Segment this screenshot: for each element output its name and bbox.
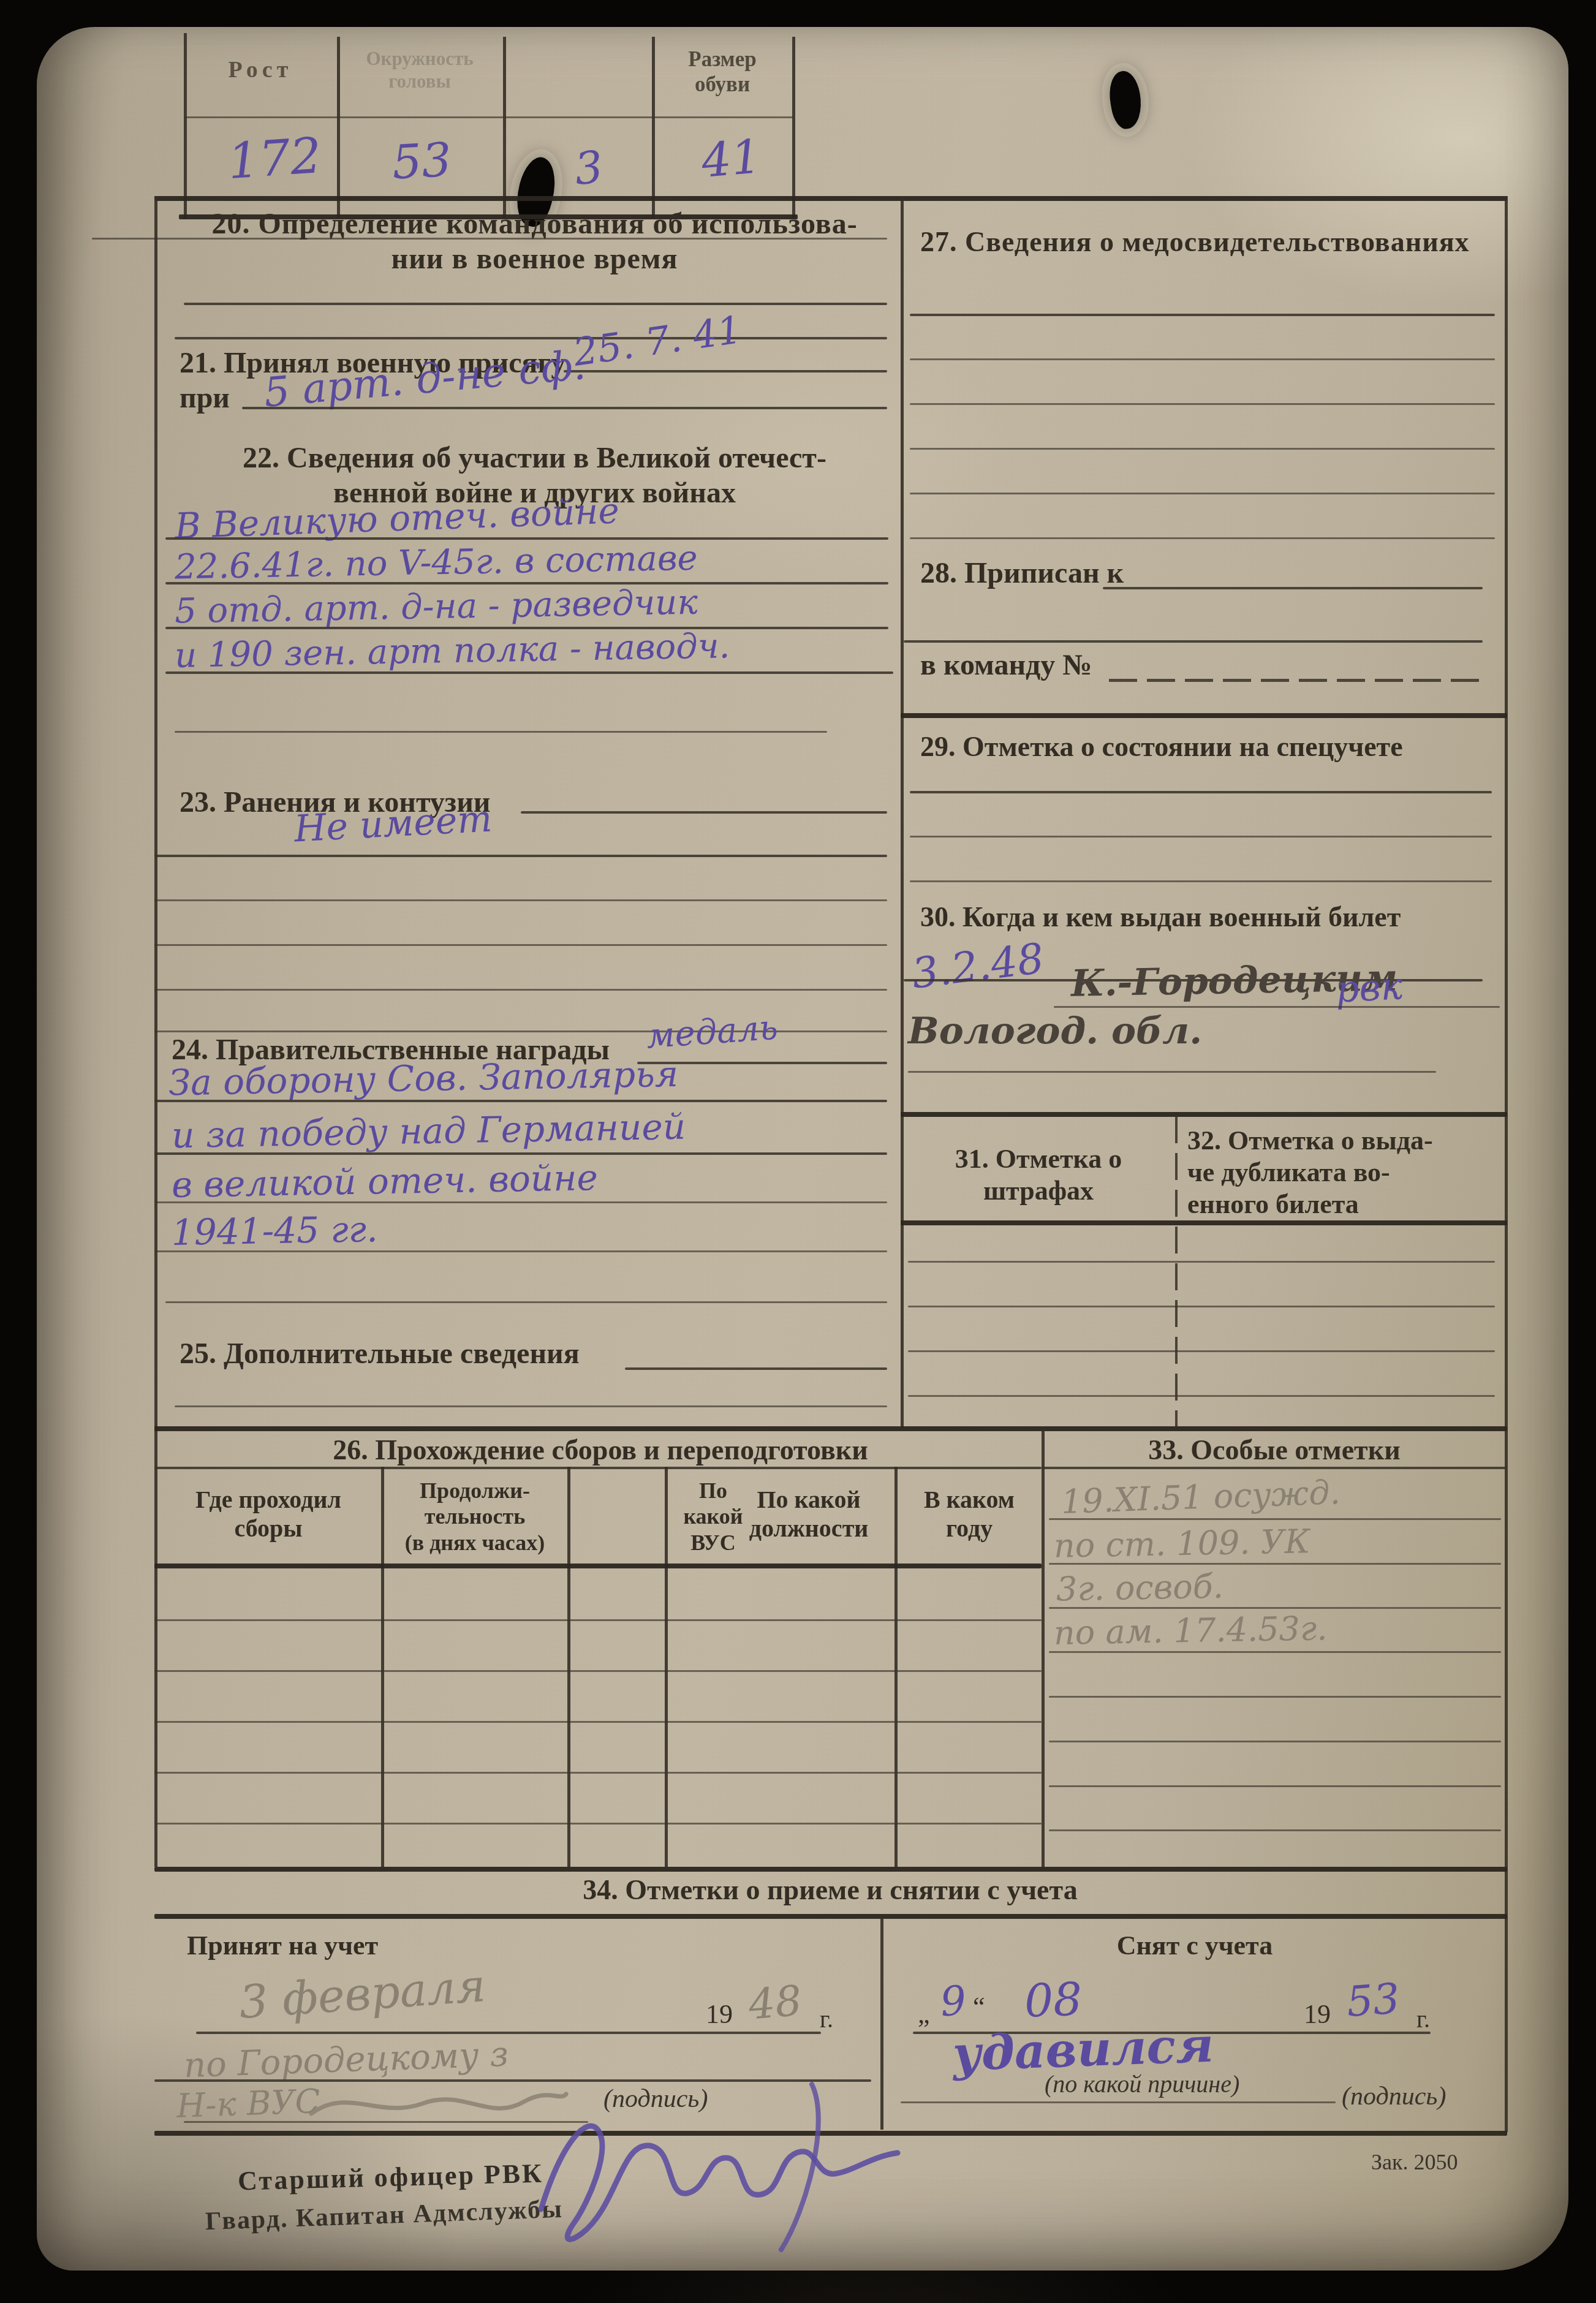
divider-26-33 (1042, 1426, 1045, 1867)
officer-signature (524, 2062, 916, 2264)
print-order-number: Зак. 2050 (1371, 2149, 1458, 2175)
section-24-hw-line2: и за победу над Германией (171, 1106, 686, 1157)
section-20-title: 20. Определение командования об использо… (178, 207, 891, 276)
section-25-label: 25. Дополнительные сведения (180, 1337, 580, 1372)
col26-v2 (567, 1467, 570, 1867)
anthro-value-rost: 172 (226, 127, 323, 191)
section-30-hw-rvk: рвк (1334, 965, 1404, 1012)
accepted-hw-year: 48 (747, 1976, 804, 2030)
removed-hw-year: 53 (1345, 1975, 1401, 2027)
frame-center-divider (901, 196, 904, 1428)
col26-header-5: В каком году (897, 1485, 1042, 1543)
removed-year-g: г. (1416, 2005, 1430, 2033)
section-26-title: 26. Прохождение сборов и переподготовки (245, 1434, 956, 1467)
col26-header-4: По какой должности (705, 1485, 913, 1543)
section-24-hw-line4: 1941-45 гг. (171, 1208, 378, 1254)
separator-34-top (154, 1867, 1507, 1872)
frame-top (154, 196, 1507, 201)
section-33-hw-line2: по ст. 109. УК (1053, 1522, 1310, 1565)
section-33-hw-line4: по ам. 17.4.53г. (1053, 1609, 1327, 1652)
col26-header-2: Продолжи- тельность (в днях часах) (385, 1478, 565, 1556)
anthro-value-3: 3 (572, 141, 605, 195)
anthro-header-okruzhnost: Окружность головы (343, 48, 496, 93)
anthro-header-obuv: Размер обуви (658, 47, 787, 97)
section-33-hw-line3: 3г. освоб. (1056, 1567, 1223, 1609)
removed-reason-caption: (по какой причине) (1045, 2070, 1239, 2098)
section-28-label: 28. Приписан к (920, 556, 1124, 591)
section-30-title: 30. Когда и кем выдан военный билет (920, 901, 1401, 934)
anthro-header-rost: Рост (208, 56, 312, 84)
section-32-title: 32. Отметка о выда- че дубликата во- енн… (1187, 1125, 1500, 1220)
anthro-value-obuv: 41 (699, 129, 763, 189)
section-28-komanda-label: в команду № (920, 648, 1092, 683)
divider-31-32 (1175, 1116, 1178, 1426)
removed-hw-day: 9 (939, 1977, 967, 2027)
section-33-title: 33. Особые отметки (1042, 1434, 1507, 1467)
separator-mid (154, 1426, 1507, 1431)
col26-v1 (381, 1467, 384, 1867)
removed-quote-open: „ (918, 1999, 930, 2030)
section-21-pri-label: при (180, 381, 230, 416)
accepted-hw-line3: Н-к ВУС (176, 2082, 321, 2126)
section-27-title: 27. Сведения о медосвидетельствованиях (920, 225, 1470, 259)
removed-quote-close: “ (973, 1991, 985, 2023)
frame-right (1505, 196, 1508, 2132)
removed-year-printed: 19 (1304, 1999, 1331, 2030)
removed-label: Снят с учета (1042, 1930, 1348, 1962)
accepted-year-printed: 19 (706, 1999, 733, 2030)
accepted-label: Принят на учет (187, 1930, 378, 1962)
section-31-title: 31. Отметка о штрафах (907, 1143, 1170, 1207)
section-24-hw-line1: За оборону Сов. Заполярья (168, 1053, 678, 1104)
removed-sign-caption: (подпись) (1342, 2082, 1446, 2112)
removed-hw-month: 08 (1024, 1973, 1083, 2029)
col26-header-1: Где проходил сборы (158, 1485, 379, 1543)
section-29-title: 29. Отметка о состоянии на спецучете (920, 730, 1403, 763)
section-34-title: 34. Отметки о приеме и снятии с учета (490, 1874, 1170, 1907)
section-30-hw-oblast: Вологод. обл. (908, 1010, 1202, 1053)
section-24-hw-line3: в великой отеч. войне (171, 1157, 598, 1206)
scanned-military-card: Рост Окружность головы Размер обуви 172 … (0, 0, 1596, 2303)
accepted-year-g: г. (820, 2005, 833, 2033)
anthro-value-okruzhnost: 53 (391, 132, 453, 191)
